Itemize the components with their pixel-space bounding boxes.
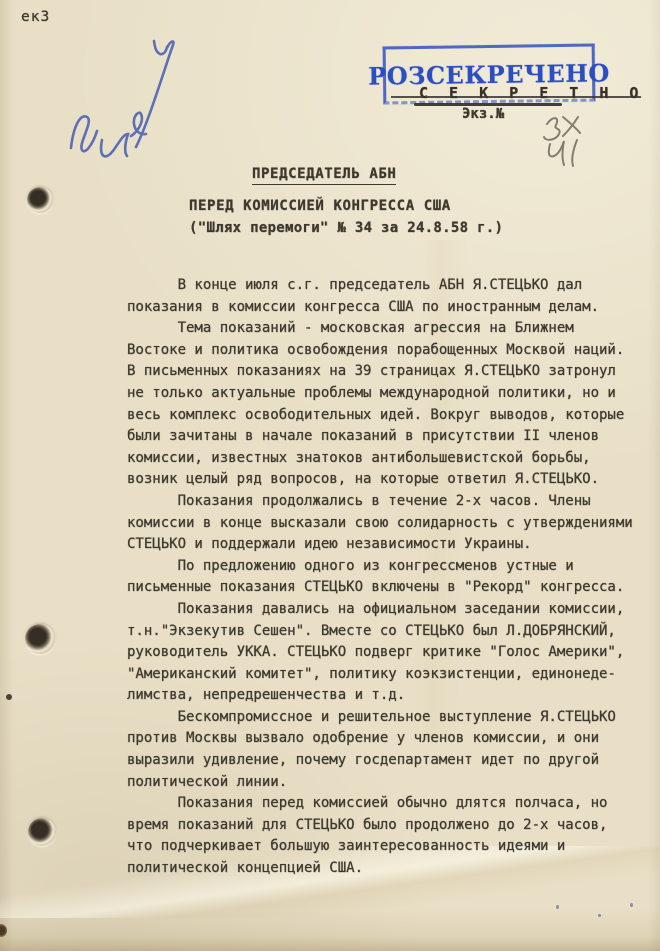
document-subtitle: ПЕРЕД КОМИССИЕЙ КОНГРЕССА США — [189, 198, 451, 214]
paragraph-2: Тема показаний - московская агрессия на … — [127, 318, 642, 491]
document-body: В конце июля с.г. председатель АБН Я.СТЕ… — [127, 275, 642, 880]
handwritten-pencil-mark — [533, 108, 599, 174]
paragraph-6: Бескомпромиссное и решительное выступлен… — [127, 707, 642, 793]
ink-speck — [630, 903, 633, 907]
paragraph-5: Показания давались на официальном заседа… — [127, 599, 642, 707]
secret-classification-label: С Е К Р Е Т Н О — [419, 84, 644, 102]
paper-speck — [6, 694, 12, 700]
ink-speck — [598, 914, 601, 917]
paragraph-1: В конце июля с.г. председатель АБН Я.СТЕ… — [127, 275, 642, 318]
punch-hole — [27, 187, 53, 213]
paragraph-7: Показания перед комиссией обычно длятся … — [127, 793, 642, 879]
scanned-document-page: ек3 РОЗСЕКРЕЧЕНО С Е К Р Е Т Н О Экз.№ П… — [0, 0, 660, 951]
punch-hole — [28, 818, 56, 846]
ink-speck — [556, 905, 559, 909]
copy-number-label: Экз.№ — [462, 106, 504, 122]
document-title: ПРЕДСЕДАТЕЛЬ АБН — [252, 166, 396, 185]
secret-strikethrough-line — [391, 96, 641, 98]
paragraph-3: Показания продолжались в течение 2-х час… — [127, 491, 642, 556]
paragraph-4: По предложению одного из конгрессменов у… — [127, 556, 642, 599]
handwritten-blue-ink-mark — [55, 28, 205, 168]
paper-edge-stain — [0, 924, 7, 937]
punch-hole — [25, 624, 55, 654]
document-source-reference: ("Шлях перемоги" № 34 за 24.8.58 г.) — [189, 220, 503, 236]
corner-copy-mark: ек3 — [21, 9, 50, 25]
